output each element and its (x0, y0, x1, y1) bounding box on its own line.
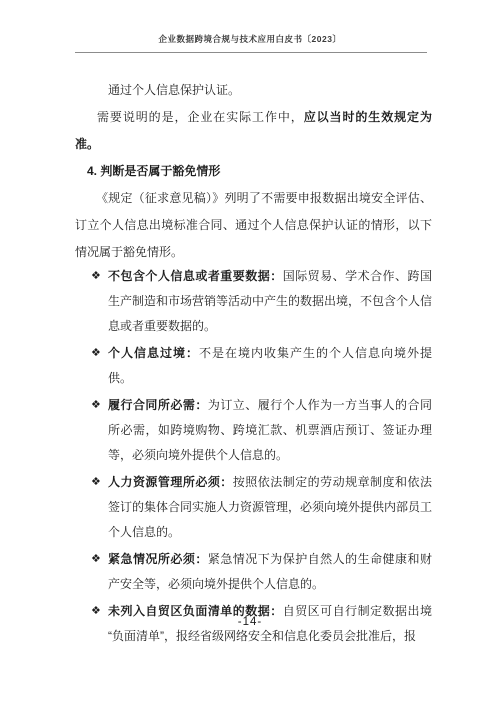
list-item-lead: 人力资源管理所必须： (108, 475, 233, 489)
diamond-bullet-icon: ❖ (91, 393, 101, 418)
header-divider (75, 52, 427, 53)
list-item-lead: 不包含个人信息或者重要数据： (108, 269, 283, 283)
diamond-bullet-icon: ❖ (91, 547, 101, 572)
paragraph-certification-tail: 通过个人信息保护认证。 (75, 77, 432, 104)
list-item-hr-management: ❖人力资源管理所必须：按照依法制定的劳动规章制度和依法签订的集体合同实施人力资源… (75, 470, 432, 545)
paragraph-note: 需要说明的是，企业在实际工作中，应以当时的生效规定为准。 (75, 104, 432, 158)
list-item-transit: ❖个人信息过境：不是在境内收集产生的个人信息向境外提供。 (75, 341, 432, 391)
paragraph-intro: 《规定（征求意见稿）》列明了不需要申报数据出境安全评估、订立个人信息出境标准合同… (75, 185, 432, 266)
list-item-lead: 履行合同所必需： (108, 398, 208, 412)
exemption-list: ❖不包含个人信息或者重要数据：国际贸易、学术合作、跨国生产制造和市场营销等活动中… (75, 264, 432, 649)
note-normal-text: 需要说明的是，企业在实际工作中， (97, 110, 304, 124)
list-item-contract: ❖履行合同所必需：为订立、履行个人作为一方当事人的合同所必需，如跨境购物、跨境汇… (75, 393, 432, 468)
diamond-bullet-icon: ❖ (91, 264, 101, 289)
list-item-emergency: ❖紧急情况所必须：紧急情况下为保护自然人的生命健康和财产安全等，必须向境外提供个… (75, 547, 432, 597)
page-number: -14- (0, 616, 500, 628)
document-page: 企业数据跨境合规与技术应用白皮书〔2023〕 通过个人信息保护认证。 需要说明的… (0, 0, 500, 707)
list-item-lead: 个人信息过境： (108, 346, 199, 360)
diamond-bullet-icon: ❖ (91, 341, 101, 366)
header-title: 企业数据跨境合规与技术应用白皮书〔2023〕 (0, 0, 500, 45)
list-item-lead: 紧急情况所必须： (108, 552, 208, 566)
diamond-bullet-icon: ❖ (91, 470, 101, 495)
list-item-no-personal-data: ❖不包含个人信息或者重要数据：国际贸易、学术合作、跨国生产制造和市场营销等活动中… (75, 264, 432, 339)
section-heading-exemption: 4. 判断是否属于豁免情形 (75, 158, 432, 185)
document-body: 通过个人信息保护认证。 需要说明的是，企业在实际工作中，应以当时的生效规定为准。… (75, 77, 432, 649)
